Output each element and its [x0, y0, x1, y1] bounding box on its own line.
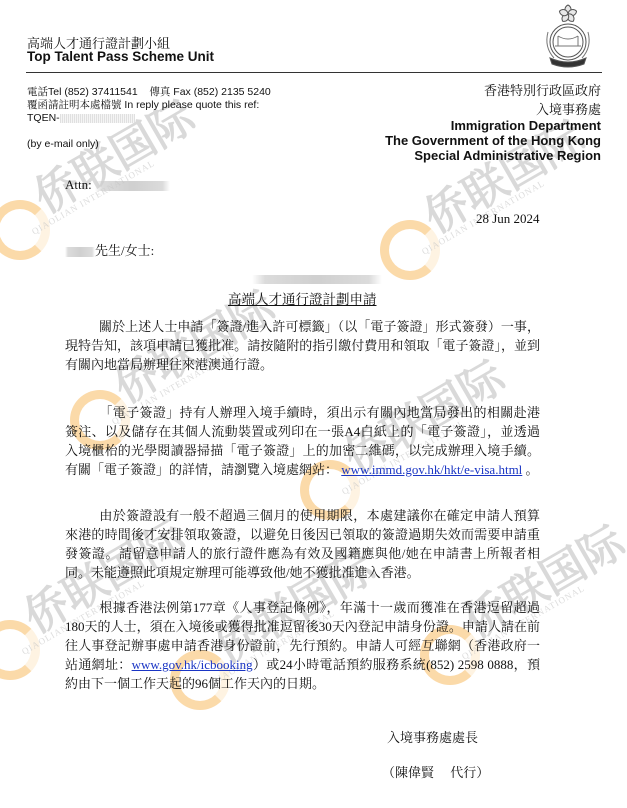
- contact-block: 電話Tel (852) 37411541 傳真 Fax (852) 2135 5…: [27, 86, 271, 125]
- watermark-logo-icon: [380, 220, 440, 280]
- redacted-ref-number: [60, 114, 135, 123]
- paragraph-visa-validity: 由於簽證設有一般不超過三個月的使用期限，本處建議你在確定申請人預算來港的時間後才…: [65, 506, 540, 582]
- icbooking-link[interactable]: www.gov.hk/icbooking: [132, 657, 253, 672]
- attn-label: Attn:: [65, 177, 92, 192]
- watermark-logo-icon: [0, 620, 40, 680]
- redacted-attn-name: [95, 181, 170, 191]
- paragraph-id-registration: 根據香港法例第177章《人事登記條例》，年滿十一歲而獲准在香港逗留超過180天的…: [65, 598, 540, 693]
- delivery-note: (by e-mail only): [27, 138, 99, 150]
- salutation-text: 先生/女士:: [95, 243, 154, 258]
- paragraph-evisa-entry: 「電子簽證」持有人辦理入境手續時，須出示有關內地當局發出的相關赴港簽注、以及儲存…: [65, 403, 540, 479]
- immigration-department-emblem-icon: [538, 2, 598, 70]
- unit-name-en: Top Talent Pass Scheme Unit: [27, 49, 214, 64]
- header-divider: [26, 72, 602, 73]
- attention-line: Attn:: [65, 177, 170, 193]
- watermark-logo-icon: [0, 200, 50, 260]
- government-name-zh: 香港特別行政區政府: [385, 80, 601, 99]
- evisa-info-link[interactable]: www.immd.gov.hk/hkt/e-visa.html: [341, 462, 522, 477]
- redacted-salutation-name: [65, 247, 95, 257]
- tel-fax-line: 電話Tel (852) 37411541 傳真 Fax (852) 2135 5…: [27, 86, 271, 99]
- government-name-en-2: Special Administrative Region: [385, 148, 601, 163]
- government-name-en-1: The Government of the Hong Kong: [385, 133, 601, 148]
- ref-prefix: TQEN-: [27, 112, 60, 124]
- paragraph-end: 。: [522, 462, 538, 477]
- signatory-name: （陳偉賢 代行）: [382, 762, 489, 781]
- ref-instruction: 覆函請註明本處檔號 In reply please quote this ref…: [27, 99, 271, 112]
- redacted-applicant-name: [252, 275, 382, 284]
- department-name-en: Immigration Department: [385, 118, 601, 133]
- letter-title: 高端人才通行證計劃申請: [228, 288, 377, 308]
- salutation: 先生/女士:: [65, 240, 154, 259]
- paragraph-approval: 關於上述人士申請「簽證/進入許可標籤」（以「電子簽證」形式簽發）一事，現特告知，…: [65, 317, 540, 374]
- paragraph-text: 由於簽證設有一般不超過三個月的使用期限，本處建議你在確定申請人預算來港的時間後才…: [65, 508, 540, 580]
- department-name-zh: 入境事務處: [385, 102, 601, 118]
- department-block: 香港特別行政區政府 入境事務處 Immigration Department T…: [385, 80, 601, 163]
- letter-date: 28 Jun 2024: [476, 211, 540, 227]
- watermark-subtext: QIAOLIAN INTERNATIONAL: [30, 158, 156, 237]
- paragraph-text: 關於上述人士申請「簽證/進入許可標籤」（以「電子簽證」形式簽發）一事，現特告知，…: [65, 319, 540, 372]
- signatory-title: 入境事務處處長: [387, 727, 478, 746]
- ref-number: TQEN-: [27, 112, 271, 125]
